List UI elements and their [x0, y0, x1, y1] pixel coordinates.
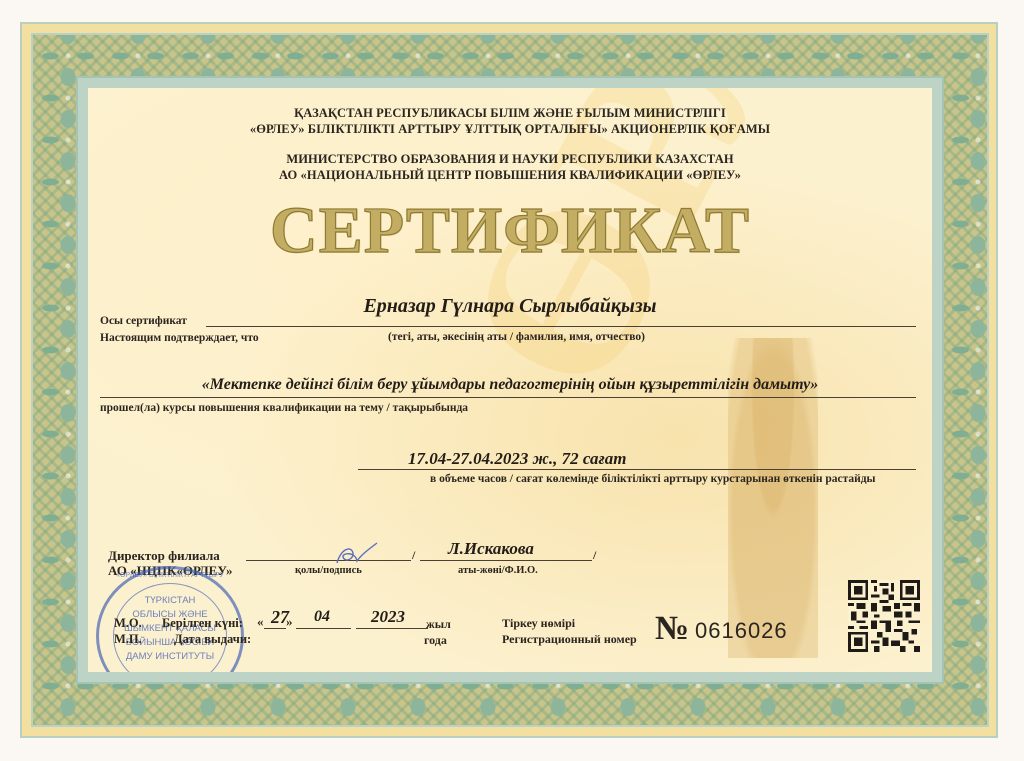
year-label-ru: года [424, 633, 447, 648]
stamp-line-1: ТҮРКІСТАН [99, 595, 241, 607]
course-line [100, 397, 916, 398]
separator-slash: / [412, 548, 415, 563]
registration-number: 0616026 [695, 618, 788, 644]
open-quote: « [257, 614, 264, 630]
issue-month: 04 [314, 608, 330, 626]
course-label: прошел(ла) курсы повышения квалификации … [100, 402, 468, 414]
signature-label: қолы/подпись [295, 565, 362, 576]
course-duration: 17.04-27.04.2023 ж., 72 сағат [408, 449, 626, 469]
certificate-title: СЕРТИФИКАТ [88, 196, 932, 266]
number-sign: № [655, 610, 689, 648]
duration-line [358, 469, 916, 470]
name-line [420, 560, 592, 561]
signatory-name-label: аты-жөні/Ф.И.О. [458, 565, 538, 576]
close-quote: » [286, 614, 293, 630]
qr-code [848, 580, 920, 652]
issue-year: 2023 [371, 607, 405, 627]
year-line [356, 628, 428, 629]
recipient-line [206, 326, 916, 327]
header-ru-line1: МИНИСТЕРСТВО ОБРАЗОВАНИЯ И НАУКИ РЕСПУБЛ… [88, 152, 932, 167]
header-ru-line2: АО «НАЦИОНАЛЬНЫЙ ЦЕНТР ПОВЫШЕНИЯ КВАЛИФИ… [88, 168, 932, 183]
month-line [296, 628, 351, 629]
registration-label-ru: Регистрационный номер [502, 632, 637, 647]
qr-code-icon [848, 580, 920, 652]
issue-date-label-kz: Берілген күні: [162, 616, 243, 631]
day-line [264, 628, 286, 629]
course-topic: «Мектепке дейінгі білім беру ұйымдары пе… [88, 376, 932, 394]
stamp-line-5: ДАМУ ИНСТИТУТЫ [99, 651, 241, 663]
header-kz-line2: «ӨРЛЕУ» БІЛІКТІЛІКТІ АРТТЫРУ ҰЛТТЫҚ ОРТА… [88, 122, 932, 137]
year-label-kz: жыл [426, 617, 451, 632]
duration-label: в объеме часов / сағат көлемінде білікті… [430, 473, 876, 485]
signatory-role-line1: Директор филиала [108, 548, 220, 564]
recipient-label-ru: Настоящим подтверждает, что [100, 332, 259, 344]
mp-label-ru: М.П. [114, 632, 142, 647]
registration-label-kz: Тіркеу нөмірі [502, 616, 575, 631]
issue-date-label-ru: Дата выдачи: [174, 632, 251, 647]
stamp-ring-text: «ӨРЛЕУ» БІЛІКТІЛІКТІ АРТТЫРУ [99, 572, 241, 579]
separator-slash-2: / [593, 548, 596, 563]
recipient-name: Ерназар Гүлнара Сырлыбайқызы [88, 295, 932, 318]
mp-label-kz: М.О. [114, 616, 142, 631]
signatory-name: Л.Искакова [448, 539, 534, 559]
certificate-body: ӨРЛЕУ ҚАЗАҚСТАН РЕСПУБЛИКАСЫ БІЛІМ ЖӘНЕ … [88, 88, 932, 672]
header-kz-line1: ҚАЗАҚСТАН РЕСПУБЛИКАСЫ БІЛІМ ЖӘНЕ ҒЫЛЫМ … [88, 106, 932, 121]
recipient-hint: (тегі, аты, әкесінің аты / фамилия, имя,… [388, 331, 645, 343]
